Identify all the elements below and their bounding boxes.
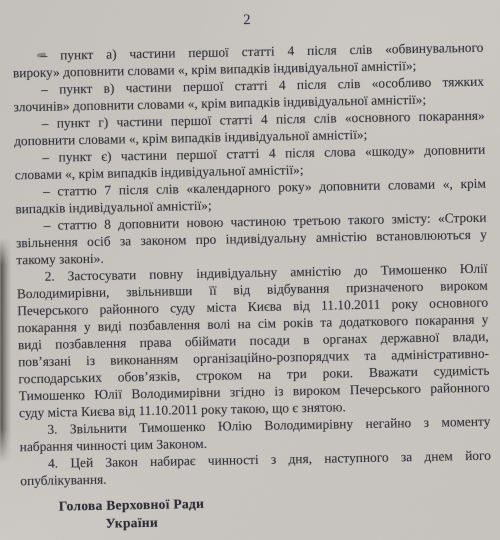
scanned-page: 2 –пункта)частинипершоїстатті4післяслів«… <box>0 0 500 540</box>
scan-left-edge-shadow <box>0 238 11 463</box>
paragraph: –статтю8доповнитиновоючастиноютретьоютак… <box>16 209 488 269</box>
signature-title-line1: Голова Верховної Ради <box>59 495 205 515</box>
paragraph: 4.ЦейЗаконнабираєчинностіздня,наступного… <box>20 447 492 490</box>
paragraph: 2.Застосуватиповнуіндивідуальнуамністіюд… <box>16 260 490 422</box>
signature-block: Голова Верховної Ради України <box>59 495 205 533</box>
document: 2 –пункта)частинипершоїстатті4післяслів«… <box>12 2 493 534</box>
signature-title-line2: України <box>59 512 205 532</box>
document-body: –пункта)частинипершоїстатті4післяслів«об… <box>12 39 491 490</box>
page-number: 2 <box>12 2 483 34</box>
